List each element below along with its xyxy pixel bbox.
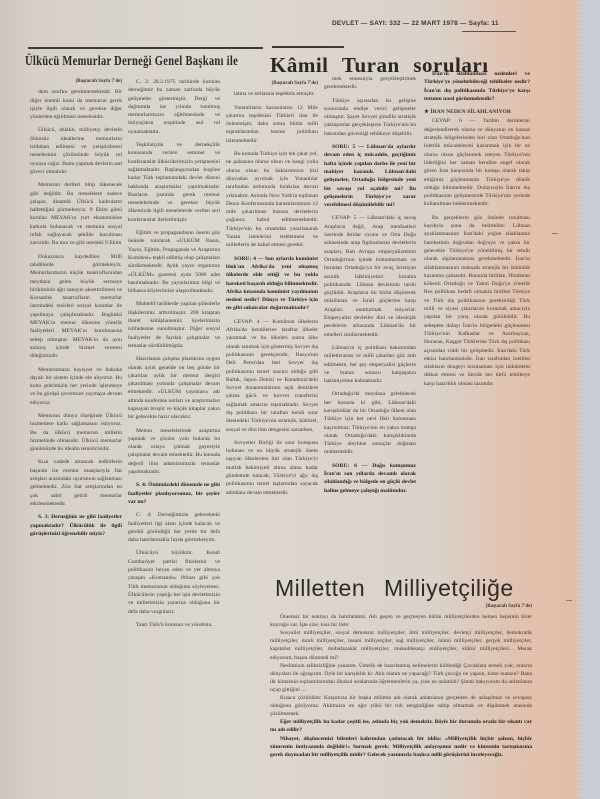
paragraph: Hazırlanan çalışma planlarına uygun olar… (128, 355, 220, 421)
top-rule-left (28, 47, 263, 49)
subheading-iran-neden-silahlaniyor: ★ İRAN NEDEN SİLAHLANIYOR (424, 108, 530, 116)
question: SORU: 4 — Son aylarda komünist blok'un A… (226, 255, 318, 313)
paragraph: Ülkücü, ahlaklı, milliyetçi devletin ölü… (30, 126, 122, 176)
column-1: (Baştarafı Sayfa 7'de) dum sınıfını gere… (30, 78, 122, 718)
source-note: (Baştarafı Sayfa 7'de) (30, 78, 122, 86)
paragraph: Yunanlıların karasularını 12 Mile çıkarm… (226, 104, 318, 145)
source-note: (Baştarafı Sayfa 7'de) (270, 603, 532, 611)
paper-mark (566, 600, 572, 601)
paragraph: Lübnan'ın iç politikası bakımından mille… (324, 344, 416, 385)
folio-underline (462, 31, 516, 32)
paragraph: Bu konuda Türkiye için tek çıkar yol, ne… (226, 150, 318, 250)
paragraph: Bu gerçeklerin göz önünde tutulması kayd… (424, 214, 530, 388)
paragraph: Sosyalist milliyetçiler, sosyal demokrat… (270, 629, 532, 661)
column-5: İran'ın silahlanması nedenleri ve Türkiy… (424, 70, 530, 570)
paragraph: Memurun dünya ölçeğinde Ülkücü hizmetler… (30, 412, 122, 453)
paragraph: C. 3: 28.3.1975 tarihinde kurulan derneğ… (128, 78, 220, 136)
paragraph: dum sınıfını gerekmemektedir. Bir diğer … (30, 88, 122, 121)
column-2: C. 3: 28.3.1975 tarihinde kurulan derneğ… (128, 78, 220, 713)
headline-milletten-milliyetcilige: Milletten Milliyetçiliğe (275, 575, 514, 602)
paragraph: Kısaca çözüldüm: Karşımıza bir başka mil… (270, 694, 532, 718)
column-3: (Baştarafı Sayfa 7'de) latma ve istilası… (226, 80, 318, 580)
article-body-milliyetcilik: (Baştarafı Sayfa 7'de) Önemsiz bir nokta… (270, 603, 532, 759)
answer: CEVAP: 4 — Komünist ülkelerin Afrika'da … (226, 318, 318, 434)
question: SORU: 5 — Lübnan'da aylardır devam eden … (324, 143, 416, 209)
headline-ulkucu-memurlar: Ülkücü Memurlar Derneği Genel Başkanı il… (25, 55, 238, 69)
answer: CEVAP: 5 — Lübnan'daki iç savaş Arapları… (324, 214, 416, 338)
question: S. 3: Derneğiniz ne gibi faaliyetler yap… (30, 513, 122, 538)
paragraph: Memurun dertleri bitip tükenecek gibi de… (30, 181, 122, 247)
question: SORU: 6 — Doğu komşumuz İran'ın son yıll… (324, 462, 416, 495)
page-folio: DEVLET — SAYI: 332 — 22 MART 1978 — Sayf… (332, 20, 499, 27)
paragraph: mek emasıtıyla gerçekleştirmek gerekmekt… (324, 75, 416, 92)
paragraph: Muhtelif tarihlerde yapılan şölenlerle i… (128, 300, 220, 350)
column-4: mek emasıtıyla gerçekleştirmek gerekmekt… (324, 75, 416, 567)
newspaper-page: DEVLET — SAYI: 332 — 22 MART 1978 — Sayf… (0, 0, 578, 799)
paragraph: Kısa vadede alınacak tedbirlerin başında… (30, 458, 122, 508)
paragraph: Eğitim ve propagandanın önemi göz önünde… (128, 229, 220, 295)
paragraph: Eğer milliyetçilik bu kadar çeşitli ise,… (270, 718, 532, 734)
paragraph: Sovyetler Birliği ile sınır komşusu bulu… (226, 439, 318, 497)
paragraph: C. 4: Derneğimizin gelecekteki faaliyetl… (128, 511, 220, 544)
question: S. 4: Önümüzdeki dönemde ne gibi faaliye… (128, 481, 220, 506)
top-rule-center (272, 46, 344, 48)
paragraph: latma ve istilasına teşebbüs etmiştir. (226, 90, 318, 98)
source-note: (Baştarafı Sayfa 7'de) (226, 80, 318, 88)
paper-mark (552, 233, 558, 234)
paragraph: Ülkücüyü büyüktür. Kendi Cumhuriyet part… (128, 549, 220, 615)
answer: CEVAP: 6 — Tarihin derinlerini değerlend… (424, 117, 530, 208)
paragraph: Nihayet, düşüncemizi bilenleri kahrından… (270, 735, 532, 759)
paragraph: Dokuzuncu kaydedilen Millî tahditlerde g… (30, 253, 122, 361)
paragraph: İran'ın silahlanması nedenleri ve Türkiy… (424, 70, 530, 103)
paragraph: Türkiye açısından bu gelişme sonucunda e… (324, 97, 416, 138)
paragraph: Memur meselelerinde araştırma yapmak ve … (128, 427, 220, 477)
paragraph: Teşkilatçılık ve dernekçilik konusunda v… (128, 141, 220, 224)
paragraph: Memurumuzu haysiyet ve hukuka dayalı bir… (30, 366, 122, 407)
paragraph: Ortadoğu'da meydana gelebilecek her husu… (324, 390, 416, 456)
paragraph: Önemsiz bir noktayı da hatırlatalım: Adı… (270, 613, 532, 629)
paragraph: Neslimizin talihsizliğine yanarım. Üstel… (270, 662, 532, 694)
paragraph: Tanrı Türk'ü korusun ve yüceltsin. (128, 621, 220, 629)
